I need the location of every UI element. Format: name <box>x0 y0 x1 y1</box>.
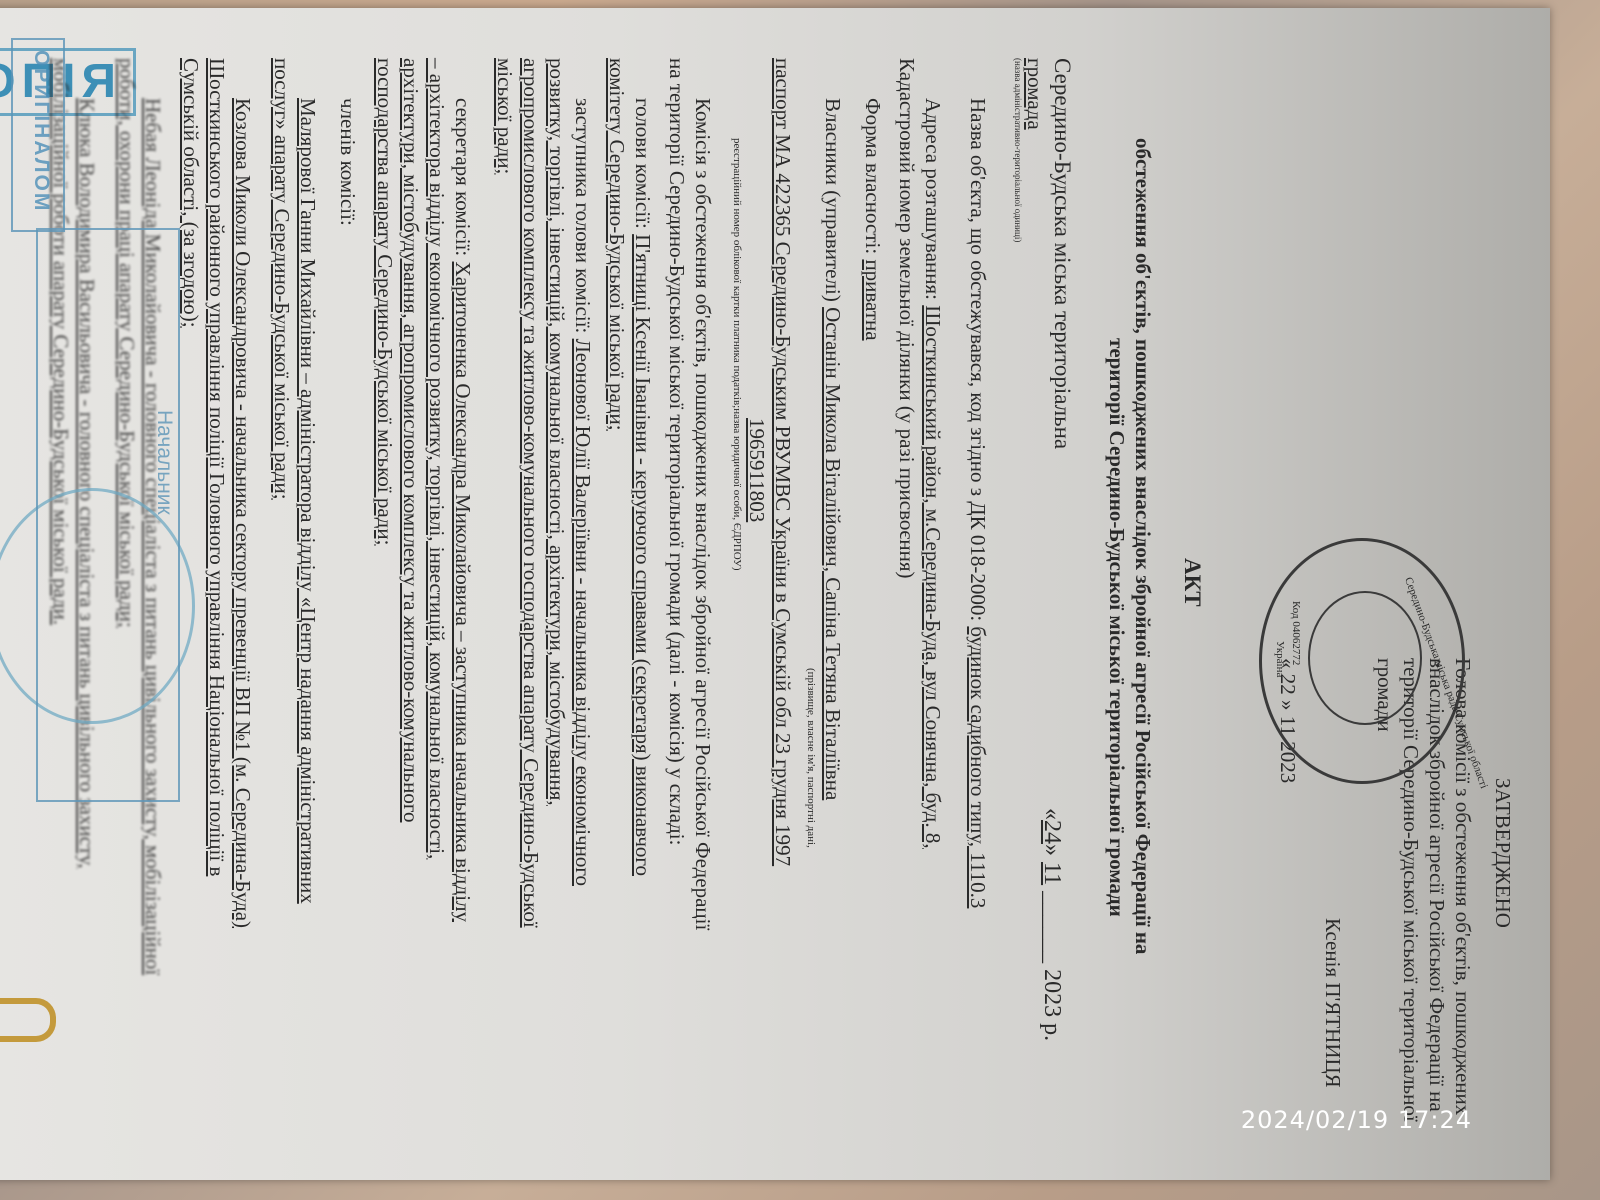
act-subtitle-1: обстеження об'єктів, пошкоджених внаслід… <box>1130 138 1155 954</box>
passport-field: паспорт МА 422365 Середино-Будським РВУМ… <box>770 58 795 866</box>
commission-secretary-2: – архітектора відділу економічного розви… <box>424 58 449 859</box>
approval-signer: Ксенія П'ЯТНИЦЯ <box>1320 918 1345 1088</box>
commission-deputy-3: агропромислового комплексу та житлово-ко… <box>518 58 543 928</box>
commission-secretary-3: архітектури, містобудування, агропромисл… <box>398 58 423 822</box>
commission-members-label: членів комісії: <box>335 98 360 226</box>
ownership-field: Форма власності: приватна <box>860 98 885 341</box>
commission-secretary: секретаря комісії: Харитоненка Олександр… <box>450 98 475 922</box>
act-subtitle-2: території Середино-Будської міської тери… <box>1104 338 1129 917</box>
commission-head-2: комітету Середино-Будської міської ради; <box>604 58 629 431</box>
commission-deputy-2: розвитку, торгівлі, інвестицій, комуналь… <box>544 58 569 806</box>
member-2-2: Шосткинського районного управління поліц… <box>204 58 229 876</box>
original-stamp: ОРИГІНАЛОМ <box>11 38 65 232</box>
object-field: Назва об'єкта, що обстежувався, код згід… <box>965 98 990 908</box>
owners-field: Власники (управителі) Останін Микола Віт… <box>820 98 845 800</box>
tax-id: 1965911803 <box>744 418 769 522</box>
commission-deputy: заступника голови комісії: Леонової Юлії… <box>570 98 595 886</box>
commission-intro-2: на території Середино-Будської міської т… <box>664 58 689 845</box>
tax-hint: реєстраційний номер облікової картки пла… <box>731 138 743 571</box>
commission-secretary-4: господарства апарату Середино-Будської м… <box>372 58 397 545</box>
community-hint: (назва адміністративно-територіальної од… <box>1013 58 1023 242</box>
member-2: Козлова Миколи Олександровича - начальни… <box>230 98 255 928</box>
commission-deputy-4: міської ради; <box>492 58 517 174</box>
commission-head: голови комісії: П'ятниці Ксенії Іванівни… <box>630 98 655 876</box>
police-stamp-box: Начальник <box>36 228 180 802</box>
act-page: ЗАТВЕРДЖЕНО Голова комісії з обстеження … <box>5 18 1535 1178</box>
member-2-3: Сумській області, (за згодою); <box>178 58 203 328</box>
member-1-2: послуг» апарату Середино-Будської місько… <box>269 58 294 500</box>
community-name-2: громада <box>1022 58 1047 130</box>
owners-hint: (прізвище, власне ім'я, паспортні дані, <box>805 668 817 848</box>
member-1: Малярової Ганни Михайлівни – адміністрат… <box>295 98 320 904</box>
photo-timestamp: 2024/02/19 17:24 <box>1241 1106 1472 1134</box>
official-seal: Середино-Будська міська рада Сумської об… <box>1259 538 1465 784</box>
commission-intro-1: Комісія з обстеження об'єктів, пошкоджен… <box>690 98 715 930</box>
approval-title: ЗАТВЕРДЖЕНО <box>1490 778 1515 928</box>
document-photo: КОПІЯ ЗАТВЕРДЖЕНО Голова комісії з обсте… <box>0 8 1550 1180</box>
community-name: Середино-Будська міська територіальна <box>1049 58 1075 449</box>
cadastral-field: Кадастровий номер земельної ділянки (у р… <box>894 58 919 579</box>
address-field: Адреса розташування: Шосткинський район,… <box>920 98 945 849</box>
act-date: «24» 11 ______ 2023 р. <box>1038 808 1065 1041</box>
act-title: АКТ <box>1179 558 1205 607</box>
